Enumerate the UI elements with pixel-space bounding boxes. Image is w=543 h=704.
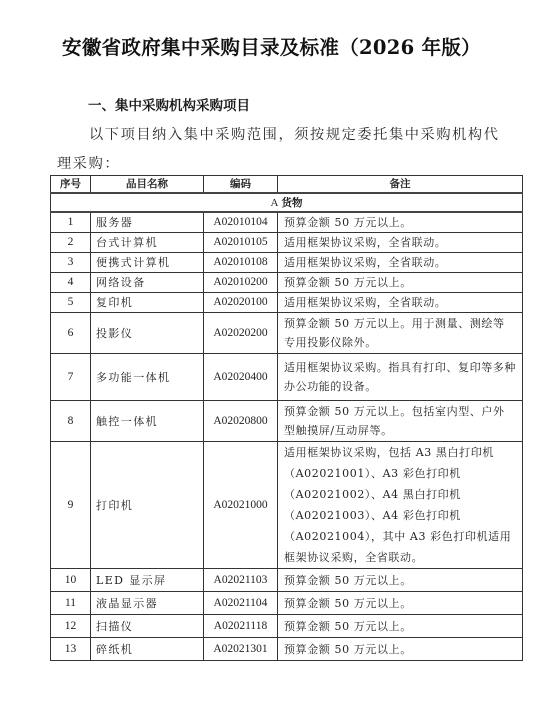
- row-item-name: 复印机: [91, 293, 204, 313]
- row-code: A02010105: [204, 233, 278, 253]
- row-item-name: 多功能一体机: [91, 354, 204, 401]
- row-remark: 预算金额 50 万元以上。: [278, 615, 523, 638]
- row-no: 2: [51, 233, 91, 253]
- table-row: 5 复印机 A02020100 适用框架协议采购，全省联动。: [51, 293, 523, 313]
- category-letter: A: [271, 197, 279, 209]
- row-code: A02010104: [204, 212, 278, 233]
- row-item-name: 扫描仪: [91, 615, 204, 638]
- table-row: 10 LED 显示屏 A02021103 预算金额 50 万元以上。: [51, 569, 523, 592]
- row-code: A02020800: [204, 401, 278, 442]
- table-row: 7 多功能一体机 A02020400 适用框架协议采购。指具有打印、复印等多种办…: [51, 354, 523, 401]
- category-name: 货物: [281, 197, 302, 209]
- row-remark: 预算金额 50 万元以上。包括室内型、户外型触摸屏/互动屏等。: [278, 401, 523, 442]
- row-remark: 适用框架协议采购，全省联动。: [278, 253, 523, 273]
- row-code: A02021103: [204, 569, 278, 592]
- row-remark: 适用框架协议采购，包括 A3 黑白打印机（A02021001）、A3 彩色打印机…: [278, 442, 523, 569]
- row-item-name: LED 显示屏: [91, 569, 204, 592]
- row-no: 11: [51, 592, 91, 615]
- row-code: A02021301: [204, 638, 278, 661]
- row-item-name: 触控一体机: [91, 401, 204, 442]
- row-no: 9: [51, 442, 91, 569]
- row-code: A02010200: [204, 273, 278, 293]
- row-item-name: 便携式计算机: [91, 253, 204, 273]
- table-row: 11 液晶显示器 A02021104 预算金额 50 万元以上。: [51, 592, 523, 615]
- row-code: A02021118: [204, 615, 278, 638]
- row-code: A02020400: [204, 354, 278, 401]
- row-item-name: 液晶显示器: [91, 592, 204, 615]
- row-remark: 预算金额 50 万元以上。: [278, 569, 523, 592]
- table-row: 13 碎纸机 A02021301 预算金额 50 万元以上。: [51, 638, 523, 661]
- row-item-name: 碎纸机: [91, 638, 204, 661]
- row-remark: 适用框架协议采购。指具有打印、复印等多种办公功能的设备。: [278, 354, 523, 401]
- row-code: A02010108: [204, 253, 278, 273]
- row-no: 1: [51, 212, 91, 233]
- table-row: 8 触控一体机 A02020800 预算金额 50 万元以上。包括室内型、户外型…: [51, 401, 523, 442]
- row-remark: 预算金额 50 万元以上。: [278, 638, 523, 661]
- table-row: 1 服务器 A02010104 预算金额 50 万元以上。: [51, 212, 523, 233]
- header-item-name: 品目名称: [91, 176, 204, 194]
- category-cell: A货物: [51, 193, 523, 212]
- row-code: A02020200: [204, 313, 278, 354]
- row-no: 12: [51, 615, 91, 638]
- page-title: 安徽省政府集中采购目录及标准（2026 年版）: [0, 32, 543, 60]
- row-no: 7: [51, 354, 91, 401]
- procurement-catalog-table: 序号 品目名称 编码 备注 A货物 1 服务器 A02010104 预算金额 5…: [50, 175, 523, 661]
- table-row: 4 网络设备 A02010200 预算金额 50 万元以上。: [51, 273, 523, 293]
- row-no: 13: [51, 638, 91, 661]
- row-no: 4: [51, 273, 91, 293]
- header-code: 编码: [204, 176, 278, 194]
- row-no: 10: [51, 569, 91, 592]
- section-heading: 一、集中采购机构采购项目: [88, 94, 250, 114]
- row-code: A02021000: [204, 442, 278, 569]
- table-row: 12 扫描仪 A02021118 预算金额 50 万元以上。: [51, 615, 523, 638]
- row-remark: 预算金额 50 万元以上。: [278, 273, 523, 293]
- row-no: 6: [51, 313, 91, 354]
- row-no: 3: [51, 253, 91, 273]
- row-remark: 适用框架协议采购，全省联动。: [278, 293, 523, 313]
- row-remark: 预算金额 50 万元以上。: [278, 212, 523, 233]
- table-row: 3 便携式计算机 A02010108 适用框架协议采购，全省联动。: [51, 253, 523, 273]
- intro-paragraph-line-1: 以下项目纳入集中采购范围，须按规定委托集中采购机构代: [89, 124, 499, 144]
- category-row: A货物: [51, 193, 523, 212]
- header-no: 序号: [51, 176, 91, 194]
- row-item-name: 服务器: [91, 212, 204, 233]
- table-row: 6 投影仪 A02020200 预算金额 50 万元以上。用于测量、测绘等专用投…: [51, 313, 523, 354]
- row-remark: 预算金额 50 万元以上。: [278, 592, 523, 615]
- table-row: 2 台式计算机 A02010105 适用框架协议采购，全省联动。: [51, 233, 523, 253]
- row-code: A02020100: [204, 293, 278, 313]
- row-item-name: 台式计算机: [91, 233, 204, 253]
- row-no: 5: [51, 293, 91, 313]
- row-item-name: 网络设备: [91, 273, 204, 293]
- row-remark: 预算金额 50 万元以上。用于测量、测绘等专用投影仪除外。: [278, 313, 523, 354]
- header-remark: 备注: [278, 176, 523, 194]
- row-remark: 适用框架协议采购，全省联动。: [278, 233, 523, 253]
- row-item-name: 打印机: [91, 442, 204, 569]
- table-row: 9 打印机 A02021000 适用框架协议采购，包括 A3 黑白打印机（A02…: [51, 442, 523, 569]
- row-code: A02021104: [204, 592, 278, 615]
- row-no: 8: [51, 401, 91, 442]
- row-item-name: 投影仪: [91, 313, 204, 354]
- intro-paragraph-line-2: 理采购：: [57, 153, 120, 173]
- table-header-row: 序号 品目名称 编码 备注: [51, 176, 523, 194]
